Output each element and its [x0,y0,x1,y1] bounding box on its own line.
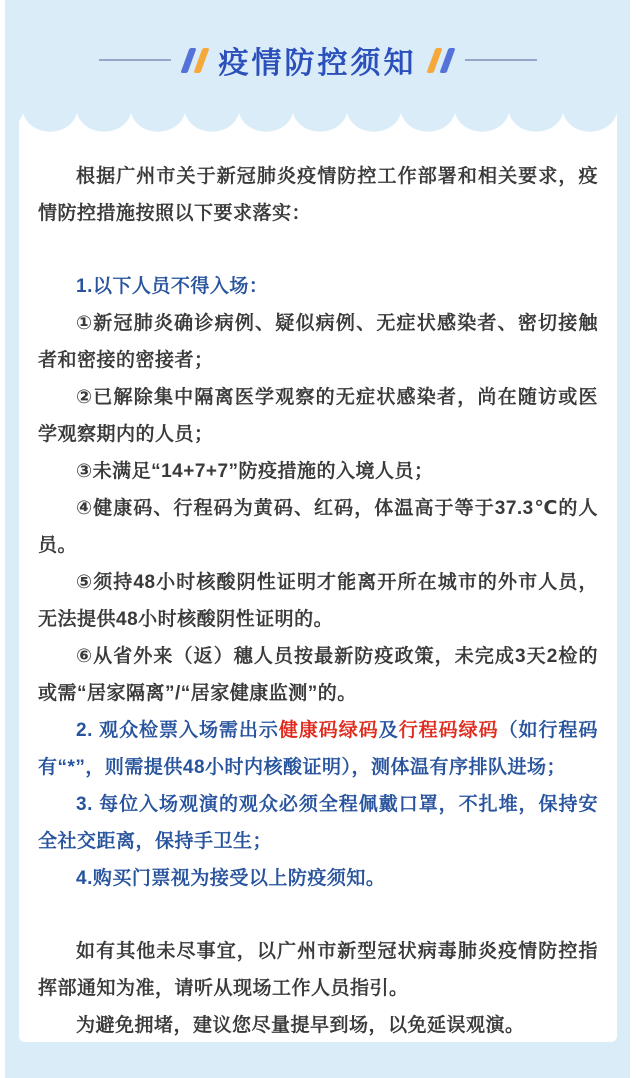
rule2-red-highlight-travel-code: 行程码绿码 [399,720,499,741]
list-item-6: ⑥从省外来（返）穗人员按最新防疫政策，未完成3天2检的或需“居家隔离”/“居家健… [38,638,598,712]
intro-paragraph: 根据广州市关于新冠肺炎疫情防控工作部署和相关要求，疫情防控措施按照以下要求落实： [38,158,598,232]
page-background: 疫情防控须知 根据广州市关于新冠肺炎疫情防控工作部署和相关要求，疫情防控措施按照… [5,0,630,1078]
list-item-1: ①新冠肺炎确诊病例、疑似病例、无症状感染者、密切接触者和密接的密接者； [38,305,598,379]
closing-paragraph-1: 如有其他未尽事宜，以广州市新型冠状病毒肺炎疫情防控指挥部通知为准，请听从现场工作… [38,933,598,1007]
rule2-red-highlight-health-code: 健康码绿码 [279,720,379,741]
closing-paragraph-2: 为避免拥堵，建议您尽量提早到场，以免延误观演。 [38,1007,598,1044]
rule2-text-segment: 及 [379,720,399,741]
slash-orange-icon [426,48,442,73]
slash-decoration-right-icon [431,48,451,73]
list-item-5: ⑤须持48小时核酸阴性证明才能离开所在城市的外市人员，无法提供48小时核酸阴性证… [38,564,598,638]
notice-card: 根据广州市关于新冠肺炎疫情防控工作部署和相关要求，疫情防控措施按照以下要求落实：… [19,108,617,1042]
header-line-right [465,59,537,61]
rule2-paragraph: 2. 观众检票入场需出示健康码绿码及行程码绿码（如行程码有“*”，则需提供48小… [38,712,598,786]
rule3-paragraph: 3. 每位入场观演的观众必须全程佩戴口罩，不扎堆，保持安全社交距离，保持手卫生； [38,786,598,860]
list-item-2: ②已解除集中隔离医学观察的无症状感染者，尚在随访或医学观察期内的人员； [38,379,598,453]
header-line-left [99,59,171,61]
notice-content: 根据广州市关于新冠肺炎疫情防控工作部署和相关要求，疫情防控措施按照以下要求落实：… [19,132,617,1044]
rule4-paragraph: 4.购买门票视为接受以上防疫须知。 [38,860,598,897]
list-item-4: ④健康码、行程码为黄码、红码，体温高于等于37.3℃的人员。 [38,490,598,564]
slash-blue-icon [180,48,196,73]
section1-title: 1.以下人员不得入场： [38,268,598,305]
rule2-text-segment: 2. 观众检票入场需出示 [76,720,279,741]
page-title: 疫情防控须知 [219,38,417,82]
header: 疫情防控须知 [5,0,630,108]
list-item-3: ③未满足“14+7+7”防疫措施的入境人员； [38,453,598,490]
scallop-edge [19,108,617,132]
slash-decoration-left-icon [185,48,205,73]
